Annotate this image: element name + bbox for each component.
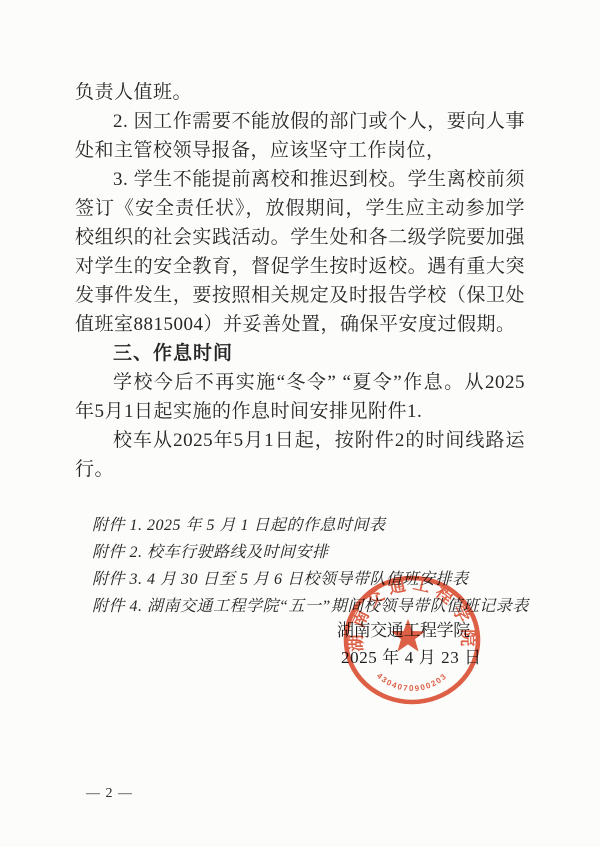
document-page: 负责人值班。 2. 因工作需要不能放假的部门或个人，要向人事处和主管校领导报备，… [0,0,600,847]
section-heading: 三、作息时间 [75,339,525,368]
star-icon [391,619,425,652]
body-paragraph: 2. 因工作需要不能放假的部门或个人，要向人事处和主管校领导报备，应该坚守工作岗… [75,107,525,165]
attachment-item: 附件 1. 2025 年 5 月 1 日起的作息时间表 [92,512,525,539]
page-number: — 2 — [86,786,133,802]
seal-serial-number: 4304070900203 [375,671,449,693]
svg-text:4304070900203: 4304070900203 [375,671,449,693]
body-paragraph: 校车从2025年5月1日起，按附件2的时间线路运行。 [75,426,525,484]
document-body: 负责人值班。 2. 因工作需要不能放假的部门或个人，要向人事处和主管校领导报备，… [75,78,525,620]
official-seal-stamp: 湖南交通工程学院 4304070900203 [330,558,494,722]
body-paragraph: 3. 学生不能提前离校和推迟到校。学生离校前须签订《安全责任状》，放假期间，学生… [75,165,525,339]
body-paragraph: 学校今后不再实施“冬令” “夏令”作息。从2025年5月1日起实施的作息时间安排… [75,368,525,426]
body-paragraph: 负责人值班。 [75,78,525,107]
